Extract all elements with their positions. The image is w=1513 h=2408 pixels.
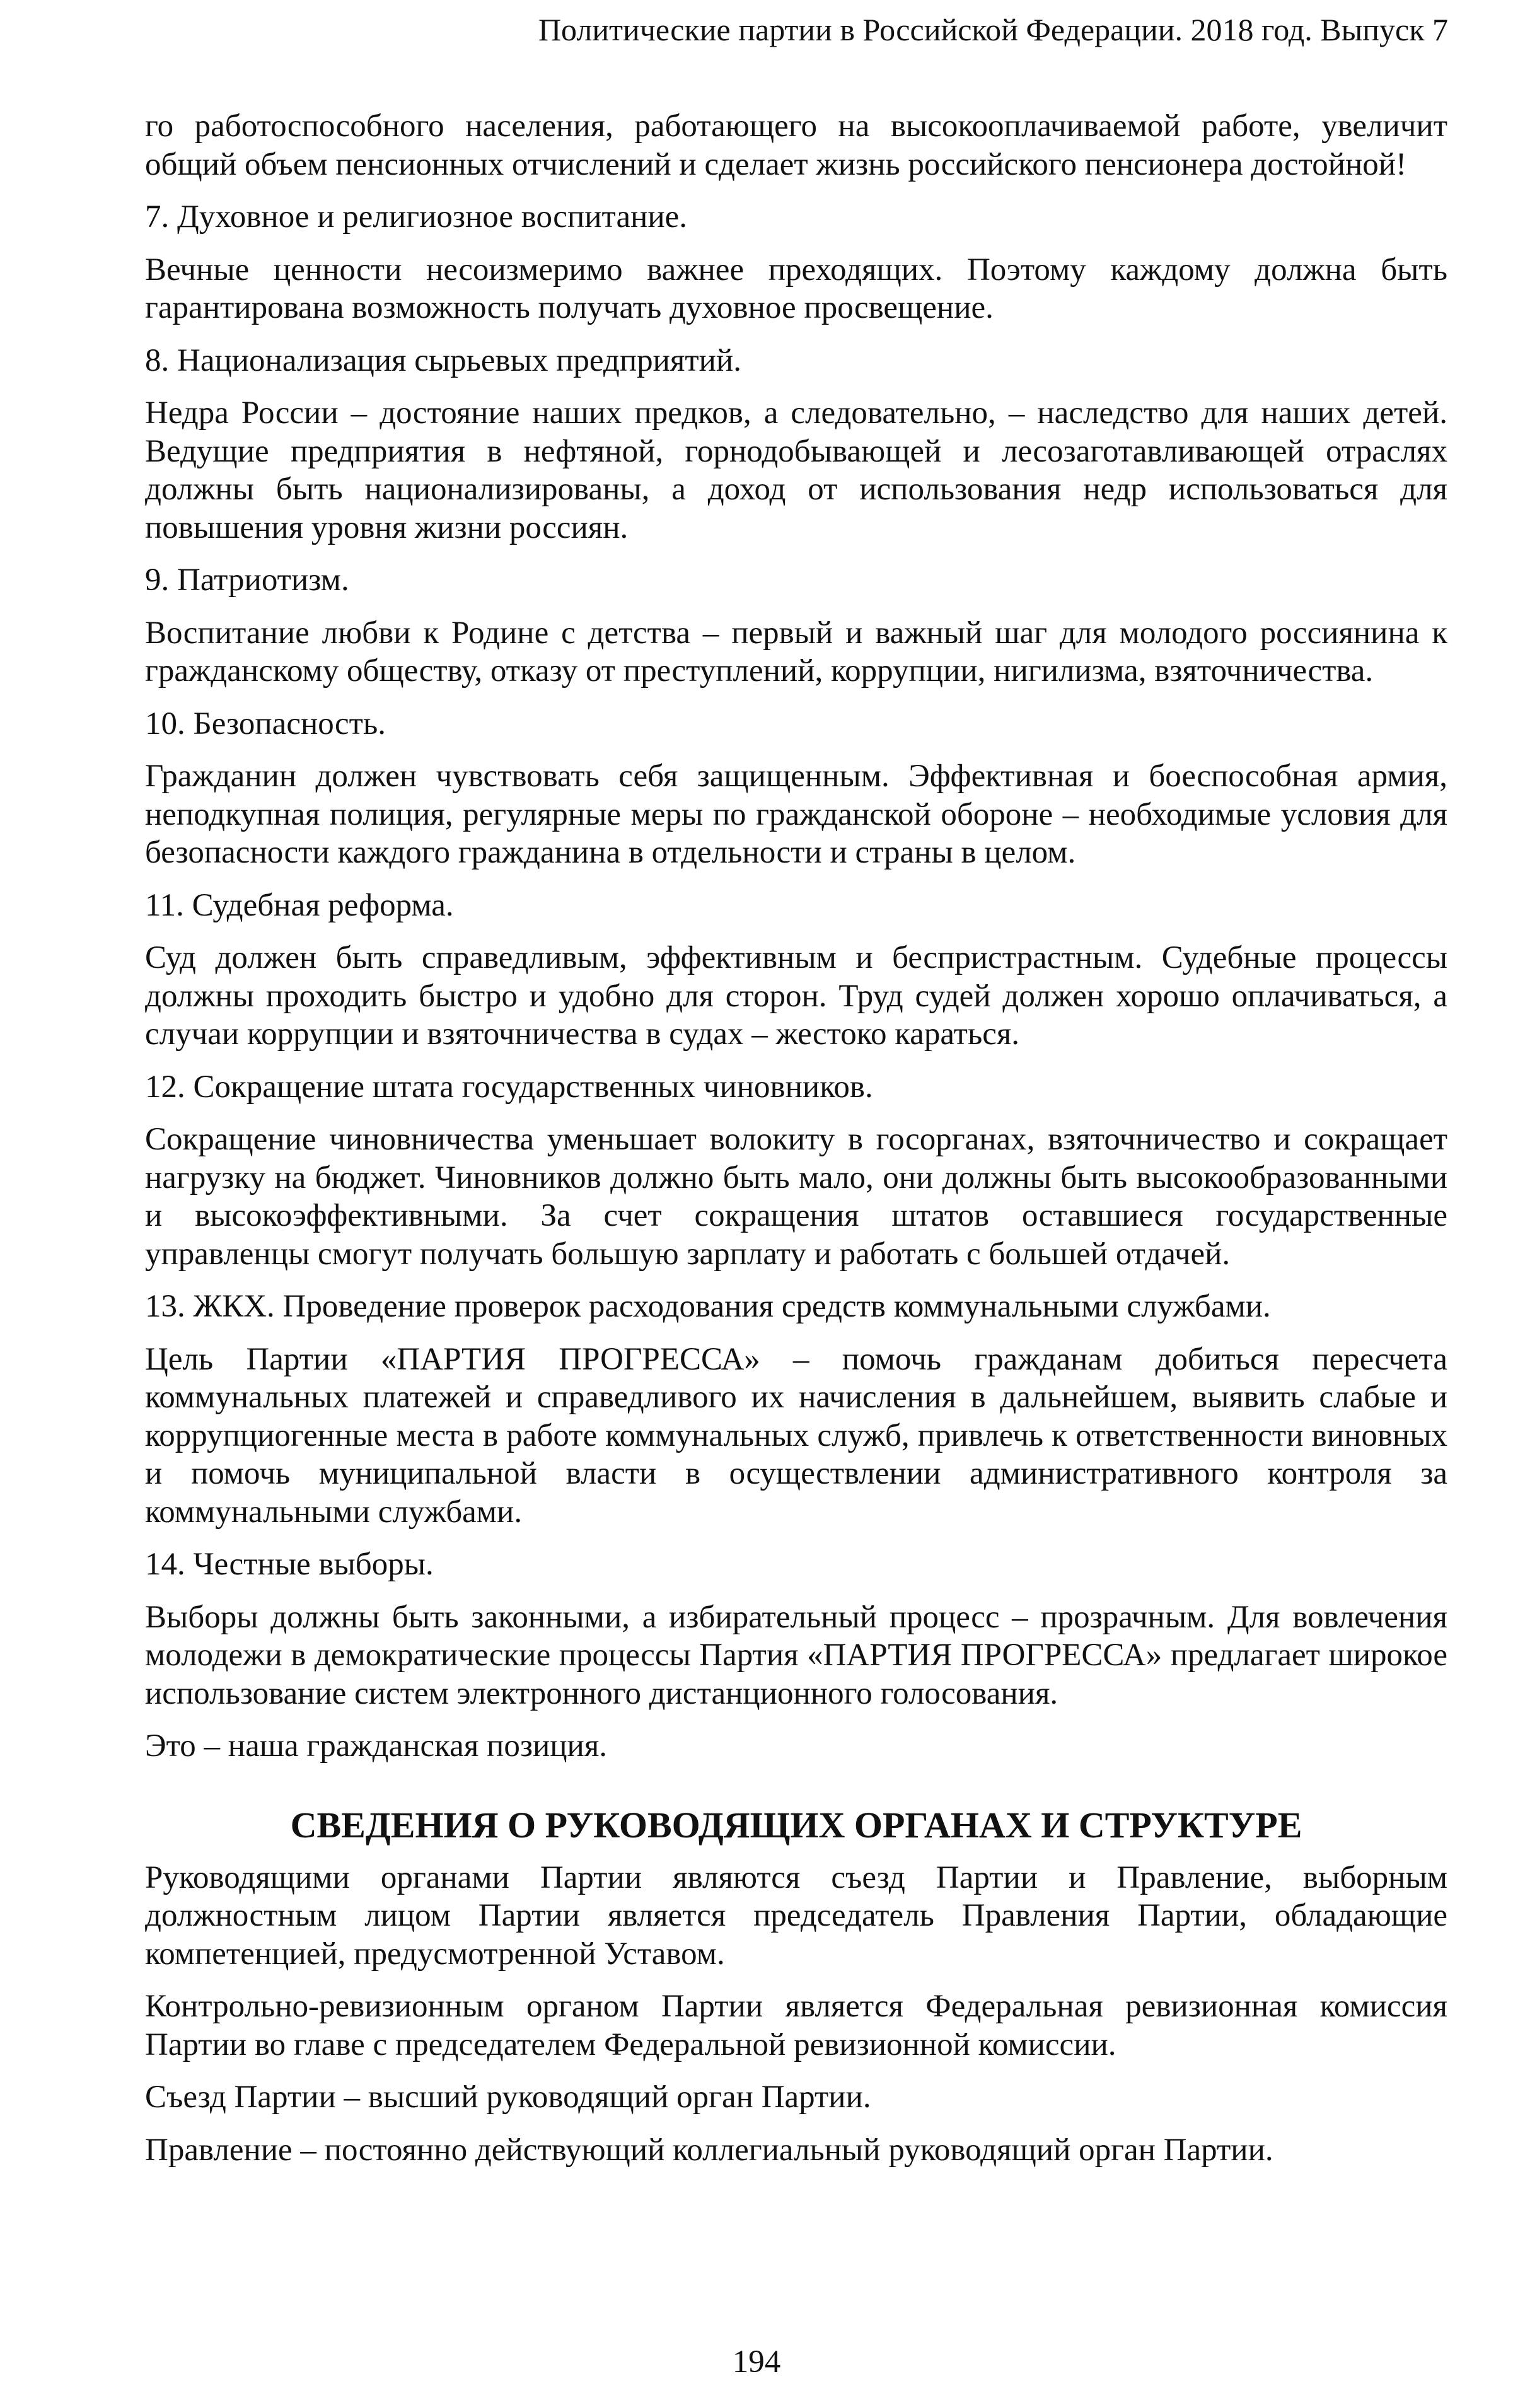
paragraph-spiritual: Вечные ценности несоизмеримо важнее прех… (145, 251, 1447, 327)
item-heading-9: 9. Патриотизм. (145, 561, 1447, 600)
paragraph-board: Правление – постоянно действующий коллег… (145, 2131, 1447, 2170)
item-heading-7: 7. Духовное и религиозное воспитание. (145, 198, 1447, 236)
running-header: Политические партии в Российской Федерац… (538, 8, 1448, 52)
item-heading-11: 11. Судебная реформа. (145, 887, 1447, 925)
page-body: го работоспособного населения, работающе… (145, 107, 1447, 2184)
item-heading-12: 12. Сокращение штата государственных чин… (145, 1068, 1447, 1107)
paragraph-congress: Съезд Партии – высший руководящий орган … (145, 2078, 1447, 2117)
paragraph-officials: Сокращение чиновничества уменьшает волок… (145, 1120, 1447, 1273)
item-heading-10: 10. Безопасность. (145, 705, 1447, 743)
item-heading-13: 13. ЖКХ. Проведение проверок расходовани… (145, 1288, 1447, 1326)
paragraph-civic-position: Это – наша гражданская позиция. (145, 1727, 1447, 1765)
paragraph-governing-bodies: Руководящими органами Партии являются съ… (145, 1859, 1447, 1974)
paragraph-security: Гражданин должен чувствовать себя защище… (145, 757, 1447, 872)
section-title: СВЕДЕНИЯ О РУКОВОДЯЩИХ ОРГАНАХ И СТРУКТУ… (145, 1803, 1447, 1847)
item-heading-8: 8. Национализация сырьевых предприятий. (145, 342, 1447, 380)
page-number: 194 (0, 2343, 1513, 2381)
paragraph-elections: Выборы должны быть законными, а избирате… (145, 1598, 1447, 1713)
paragraph-pension-continuation: го работоспособного населения, работающе… (145, 107, 1447, 183)
item-heading-14: 14. Честные выборы. (145, 1545, 1447, 1584)
paragraph-audit-commission: Контрольно-ревизионным органом Партии яв… (145, 1987, 1447, 2064)
paragraph-housing: Цель Партии «ПАРТИЯ ПРОГРЕССА» – помочь … (145, 1341, 1447, 1532)
paragraph-nationalization: Недра России – достояние наших предков, … (145, 394, 1447, 547)
paragraph-judicial: Суд должен быть справедливым, эффективны… (145, 939, 1447, 1054)
paragraph-patriotism: Воспитание любви к Родине с детства – пе… (145, 614, 1447, 690)
